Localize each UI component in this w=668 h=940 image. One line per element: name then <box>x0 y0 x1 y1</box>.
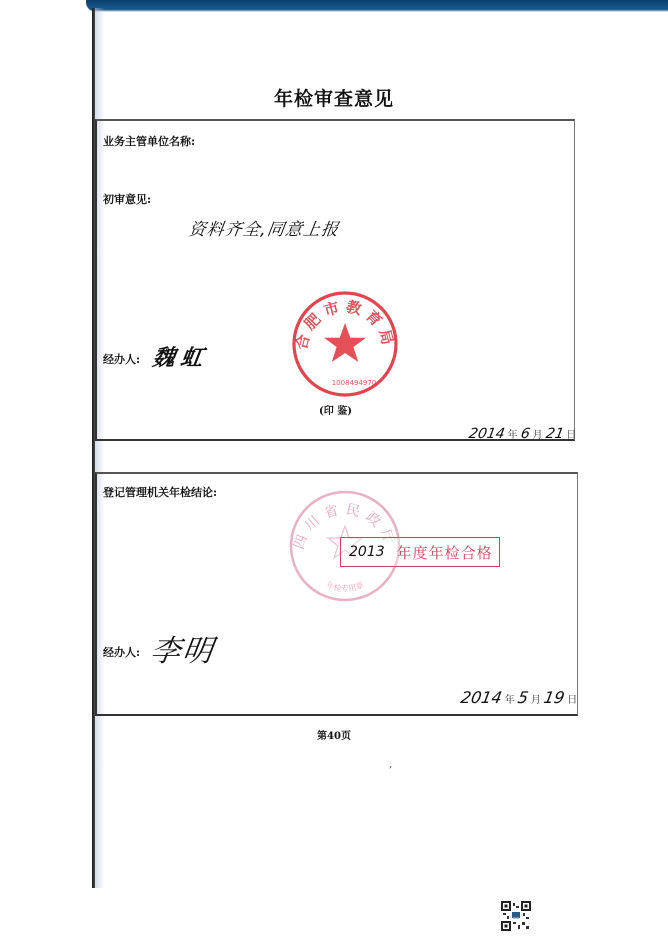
stamp-year-handwritten: 2013 <box>349 544 385 560</box>
stamp-text: 年度年检合格 <box>397 542 493 563</box>
document-title: 年检审查意见 <box>0 84 668 111</box>
star-icon <box>324 323 366 362</box>
registration-date: 2014年5月19日 <box>461 688 580 707</box>
handler-label-2: 经办人: <box>103 644 140 660</box>
scan-speck: , <box>389 759 392 770</box>
preliminary-review-section: 业务主管单位名称: 初审意见: 资料齐全,同意上报 经办人: 魏虹 合肥市教育局… <box>95 119 575 441</box>
preliminary-date: 2014年6月21日 <box>469 423 579 442</box>
opinion-handwritten: 资料齐全,同意上报 <box>187 215 341 240</box>
handler-label: 经办人: <box>103 351 140 367</box>
org-name-label: 业务主管单位名称: <box>103 133 195 149</box>
page-number: 第40页 <box>0 727 668 742</box>
conclusion-label: 登记管理机关年检结论: <box>103 484 217 500</box>
education-bureau-seal: 合肥市教育局 1008494970 <box>290 289 400 399</box>
opinion-label: 初审意见: <box>103 191 151 207</box>
registration-conclusion-section: 登记管理机关年检结论: 四川省民政厅 年检专用章 2013 年度年检合格 经办人… <box>95 472 578 716</box>
svg-text:1008494970: 1008494970 <box>332 379 377 387</box>
handler-signature-2: 李明 <box>148 626 218 670</box>
binder-cover-edge <box>86 0 668 12</box>
annual-inspection-stamp: 2013 年度年检合格 <box>340 537 500 567</box>
handler-signature: 魏虹 <box>151 341 211 372</box>
svg-text:年检专用章: 年检专用章 <box>325 579 365 593</box>
qr-code-icon <box>501 901 531 931</box>
seal-label: (印 鉴) <box>319 402 352 417</box>
